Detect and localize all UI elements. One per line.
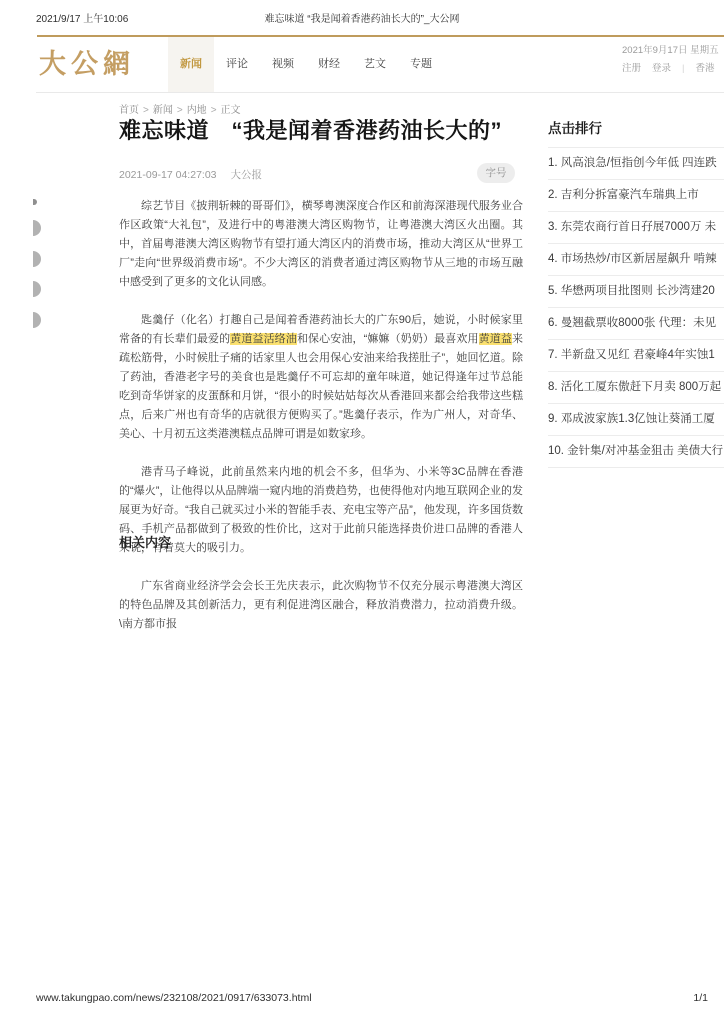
- ranking-item[interactable]: 1. 风高浪急/恒指创今年低 四连跌: [548, 148, 724, 180]
- ranking-item[interactable]: 8. 活化工厦东傲赶下月卖 800万起: [548, 372, 724, 404]
- ranking-item[interactable]: 6. 曼翘截票收8000张 代理：未见: [548, 308, 724, 340]
- article-paragraph: 广东省商业经济学会会长王先庆表示，此次购物节不仅充分展示粤港澳大湾区的特色品牌及…: [119, 577, 523, 634]
- ranking-item[interactable]: 2. 吉利分拆富豪汽车瑞典上市: [548, 180, 724, 212]
- article-meta: 2021-09-17 04:27:03大公报: [119, 167, 262, 182]
- ranking-title: 点击排行: [548, 121, 724, 148]
- nav-item-video[interactable]: 视频: [260, 37, 306, 92]
- ranking-item[interactable]: 5. 华懋两项目批图则 长沙湾建20: [548, 276, 724, 308]
- header-link[interactable]: 登录: [652, 63, 671, 74]
- ranking-item[interactable]: 3. 东莞农商行首日孖展7000万 未: [548, 212, 724, 244]
- breadcrumb: 首页>新闻>内地>正文: [119, 101, 241, 116]
- ranking-item[interactable]: 7. 半新盘又见红 君豪峰4年实蚀1: [548, 340, 724, 372]
- font-size-button[interactable]: 字号: [477, 163, 515, 183]
- text-segment: 港青马子峰说，此前虽然来内地的机会不多，但华为、小米等3C品牌在香港的“爆火”，…: [119, 466, 523, 554]
- source-name[interactable]: 大公报: [231, 169, 263, 181]
- breadcrumb-separator: >: [211, 105, 217, 116]
- print-doc-title: 难忘味道 “我是闻着香港药油长大的”_大公网: [120, 10, 604, 25]
- ranking-list: 1. 风高浪急/恒指创今年低 四连跌2. 吉利分拆富豪汽车瑞典上市3. 东莞农商…: [548, 148, 724, 468]
- header-link[interactable]: 注册: [622, 63, 641, 74]
- article-paragraph: 港青马子峰说，此前虽然来内地的机会不多，但华为、小米等3C品牌在香港的“爆火”，…: [119, 463, 523, 558]
- print-footer-url: www.takungpao.com/news/232108/2021/0917/…: [36, 992, 312, 1004]
- article-paragraph: 综艺节目《披荆斩棘的哥哥们》，横琴粤澳深度合作区和前海深港现代服务业合作区政策“…: [119, 197, 523, 292]
- breadcrumb-separator: >: [177, 105, 183, 116]
- ranking-item[interactable]: 10. 金针集/对冲基金狙击 美债大行: [548, 436, 724, 468]
- share-toolbar-clipped-icon: [33, 199, 37, 205]
- header-date: 2021年9月17日 星期五: [622, 44, 724, 58]
- breadcrumb-link[interactable]: 正文: [221, 105, 241, 116]
- header-links-divider: |: [682, 63, 684, 74]
- article-body: 综艺节目《披荆斩棘的哥哥们》，横琴粤澳深度合作区和前海深港现代服务业合作区政策“…: [119, 197, 523, 653]
- ranking-item[interactable]: 9. 邓成波家族1.3亿蚀让葵涌工厦: [548, 404, 724, 436]
- article-title: 难忘味道 “我是闻着香港药油长大的”: [119, 116, 502, 146]
- header-links: 注册登录|香港: [622, 62, 724, 76]
- share-button-icon[interactable]: [33, 281, 41, 297]
- highlighted-text: 黄道益活络油: [230, 333, 297, 345]
- main-nav: 新闻评论视频财经艺文专题: [168, 37, 444, 92]
- share-button-icon[interactable]: [33, 220, 41, 236]
- nav-item-news[interactable]: 新闻: [168, 37, 214, 92]
- header-bottom-border: [36, 92, 724, 93]
- print-footer-page: 1/1: [693, 992, 708, 1004]
- highlighted-text: 黄道益: [479, 333, 512, 345]
- share-button-icon[interactable]: [33, 312, 41, 328]
- related-content-heading: 相关内容: [119, 532, 171, 551]
- text-segment: 广东省商业经济学会会长王先庆表示，此次购物节不仅充分展示粤港澳大湾区的特色品牌及…: [119, 580, 523, 630]
- print-datetime: 2021/9/17 上午10:06: [36, 10, 128, 25]
- publish-time: 2021-09-17 04:27:03: [119, 169, 217, 181]
- print-page: 2021/9/17 上午10:06 难忘味道 “我是闻着香港药油长大的”_大公网…: [0, 0, 724, 1024]
- nav-item-finance[interactable]: 财经: [306, 37, 352, 92]
- ranking-item[interactable]: 4. 市场热炒/市区新居屋飙升 啃辣: [548, 244, 724, 276]
- nav-item-art[interactable]: 艺文: [352, 37, 398, 92]
- article-paragraph: 匙羹仔（化名）打趣自己是闻着香港药油长大的广东90后，她说，小时候家里常备的有长…: [119, 311, 523, 444]
- takungpao-logo[interactable]: 大公網: [39, 48, 135, 82]
- breadcrumb-link[interactable]: 首页: [119, 105, 139, 116]
- click-ranking-sidebar: 点击排行 1. 风高浪急/恒指创今年低 四连跌2. 吉利分拆富豪汽车瑞典上市3.…: [548, 121, 724, 468]
- text-segment: 和保心安油，“嫲嫲（奶奶）最喜欢用: [297, 333, 479, 345]
- breadcrumb-link[interactable]: 新闻: [153, 105, 173, 116]
- breadcrumb-separator: >: [143, 105, 149, 116]
- breadcrumb-link[interactable]: 内地: [187, 105, 207, 116]
- header-link[interactable]: 香港: [696, 63, 715, 74]
- text-segment: 综艺节目《披荆斩棘的哥哥们》，横琴粤澳深度合作区和前海深港现代服务业合作区政策“…: [119, 200, 523, 288]
- header-right: 2021年9月17日 星期五 注册登录|香港: [622, 44, 724, 76]
- nav-item-comment[interactable]: 评论: [214, 37, 260, 92]
- nav-item-special[interactable]: 专题: [398, 37, 444, 92]
- site-header: 大公網 新闻评论视频财经艺文专题 2021年9月17日 星期五 注册登录|香港: [36, 37, 724, 92]
- text-segment: 来疏松筋骨，小时候肚子痛的话家里人也会用保心安油来给我搓肚子”，她回忆道。除了药…: [119, 333, 523, 440]
- share-button-icon[interactable]: [33, 251, 41, 267]
